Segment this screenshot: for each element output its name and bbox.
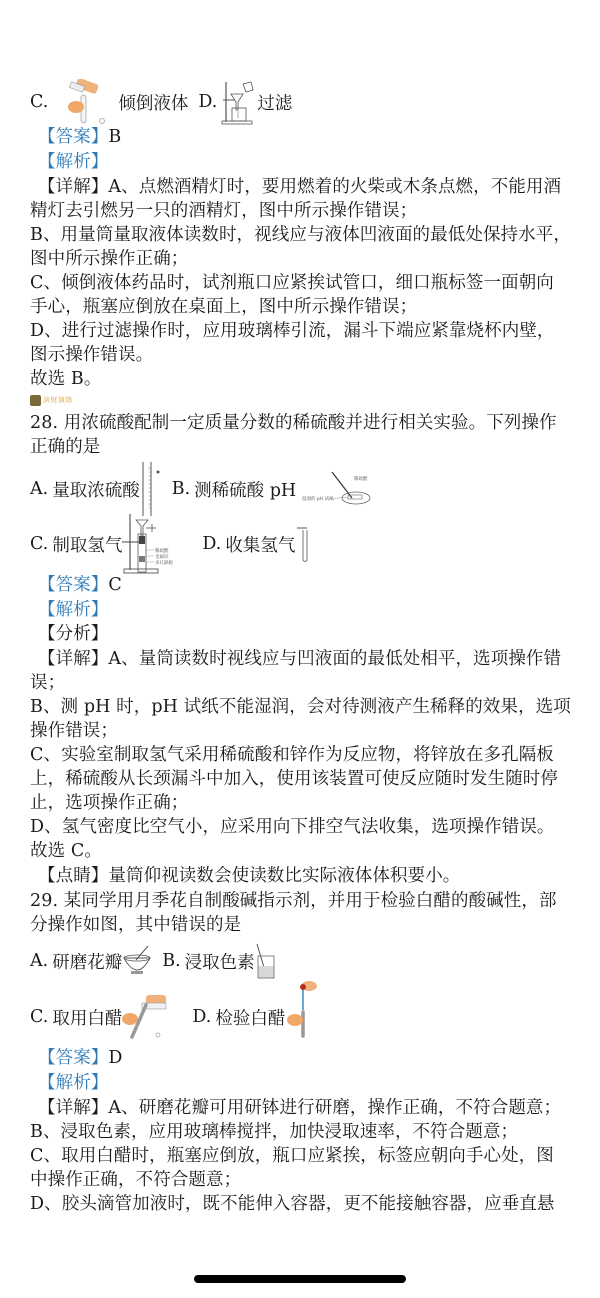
document-page[interactable]: C. 倾倒液体 D. 过滤 【答 [0,0,600,1298]
option-text: 浸取色素 [185,949,255,974]
option-letter: A. [30,951,48,971]
answer-label: 【答案】 [38,127,108,147]
q29-detail-line: C、取用白醋时，瓶塞应倒放，瓶口应紧挨，标签应朝向手心处，图 [30,1144,554,1168]
filtration-figure [221,78,255,126]
option-text: 测稀硫酸 pH [194,477,296,502]
q27-detail-line: 图中所示操作正确； [30,247,188,271]
ph-test-figure: 稀硫酸 湿润的 pH 试纸 [302,470,372,508]
q28-detail-line: D、氢气密度比空气小，应采用向下排空气法收集，选项操作错误。 [30,815,555,839]
watermark-text: 滨财演练 [43,395,73,405]
q27-answer: 【答案】B [38,125,121,149]
q28-detail-line: 上，稀硫酸从长颈漏斗中加入，使用该装置可使反应随时发生随时停 [30,767,558,791]
option-text: 研磨花瓣 [52,949,122,974]
q27-detail-line: 图示操作错误。 [30,343,153,367]
hydrogen-generator-figure: 稀硫酸 金属锌 多孔隔板 [122,510,192,576]
svg-text:稀硫酸: 稀硫酸 [354,475,368,482]
q28-stem-line: 正确的是 [30,435,100,459]
option-letter: D. [198,92,217,112]
option-text: 收集氢气 [225,532,295,557]
pouring-liquid-figure [52,79,114,125]
beaker-stirring-figure [255,942,275,980]
option-letter: A. [30,479,48,499]
option-text: 制取氢气 [52,532,122,557]
svg-text:稀硫酸: 稀硫酸 [155,547,169,554]
q28-answer: 【答案】C [38,573,122,597]
answer-label: 【答案】 [38,1048,108,1068]
q28-analysis-sub: 【分析】 [38,622,108,646]
q28-conclusion: 故选 C。 [30,839,102,863]
option-text: 检验白醋 [215,1005,285,1030]
q28-detail-line: 操作错误； [30,719,118,743]
q29-detail-line: 【详解】A、研磨花瓣可用研钵进行研磨，操作正确，不符合题意； [38,1096,561,1120]
home-indicator[interactable] [194,1275,406,1283]
option-text: 量取浓硫酸 [52,477,140,502]
q27-analysis-label: 【解析】 [38,150,108,174]
svg-text:金属锌: 金属锌 [155,553,169,560]
q29-options-ab: A. 研磨花瓣 B. 浸取色素 [30,942,275,980]
answer-value: C [108,575,122,595]
q27-detail-line: 精灯去引燃另一只的酒精灯，图中所示操作错误； [30,199,417,223]
answer-value: B [108,127,121,147]
dropper-test-figure [285,980,319,1038]
option-letter: B. [172,479,190,499]
q27-detail-line: B、用量筒量取液体读数时，视线应与液体凹液面的最低处保持水平， [30,223,571,247]
q27-conclusion: 故选 B。 [30,367,101,391]
q28-detail-line: 【详解】A、量筒读数时视线应与凹液面的最低处相平，选项操作错 [38,647,561,671]
q29-stem-line: 29. 某同学用月季花自制酸碱指示剂，并用于检验白醋的酸碱性，部 [30,889,557,913]
q29-stem-line: 分操作如图，其中错误的是 [30,913,241,937]
q28-detail-line: 止，选项操作正确； [30,791,188,815]
watermark: 滨财演练 [30,394,73,406]
q29-answer: 【答案】D [38,1046,123,1070]
brand-logo-icon [30,395,41,406]
gas-collection-tube-figure [295,524,311,564]
option-letter: B. [162,951,180,971]
q28-tip: 【点睛】量筒仰视读数会使读数比实际液体体积要小。 [38,864,460,888]
q27-detail-line: 手心，瓶塞应倒放在桌面上，图中所示操作错误； [30,295,417,319]
mortar-pestle-figure [122,944,152,978]
q28-detail-line: B、测 pH 时，pH 试纸不能湿润，会对待测液产生稀释的效果，选项 [30,695,571,719]
q28-options-cd: C. 制取氢气 稀硫酸 金属锌 多孔隔板 D. 收集氢 [30,512,311,576]
q28-stem-line: 28. 用浓硫酸配制一定质量分数的稀硫酸并进行相关实验。下列操作 [30,411,557,435]
q29-analysis-label: 【解析】 [38,1071,108,1095]
option-letter: D. [192,1007,211,1027]
q27-detail-line: 【详解】A、点燃酒精灯时，要用燃着的火柴或木条点燃，不能用酒 [38,175,561,199]
option-letter: C. [30,534,48,554]
option-letter: D. [202,534,221,554]
answer-value: D [108,1048,122,1068]
answer-label: 【答案】 [38,575,108,595]
q27-detail-line: C、倾倒液体药品时，试剂瓶口应紧挨试管口，细口瓶标签一面朝向 [30,271,554,295]
q29-detail-line: B、浸取色素，应用玻璃棒搅拌，加快浸取速率，不符合题意； [30,1120,518,1144]
q28-detail-line: 误； [30,671,65,695]
q29-options-cd: C. 取用白醋 D. 检验白醋 [30,995,319,1039]
q28-options-ab: A. 量取浓硫酸 B. 测稀硫酸 pH 稀硫酸 [30,460,372,518]
pouring-vinegar-figure [122,991,182,1039]
svg-text:湿润的 pH 试纸: 湿润的 pH 试纸 [302,495,334,502]
option-letter: C. [30,1007,48,1027]
q27-options-cd: C. 倾倒液体 D. 过滤 [30,78,292,126]
q27-detail-line: D、进行过滤操作时，应用玻璃棒引流，漏斗下端应紧靠烧杯内壁， [30,319,555,343]
option-text: 过滤 [257,90,292,115]
q29-detail-line: D、胶头滴管加液时，既不能伸入容器，更不能接触容器，应垂直悬 [30,1192,555,1216]
option-text: 取用白醋 [52,1005,122,1030]
option-letter: C. [30,92,48,112]
q29-detail-line: 中操作正确，不符合题意； [30,1168,241,1192]
q28-analysis-label: 【解析】 [38,598,108,622]
option-text: 倾倒液体 [118,90,188,115]
svg-text:多孔隔板: 多孔隔板 [155,559,173,566]
q28-detail-line: C、实验室制取氢气采用稀硫酸和锌作为反应物，将锌放在多孔隔板 [30,743,554,767]
